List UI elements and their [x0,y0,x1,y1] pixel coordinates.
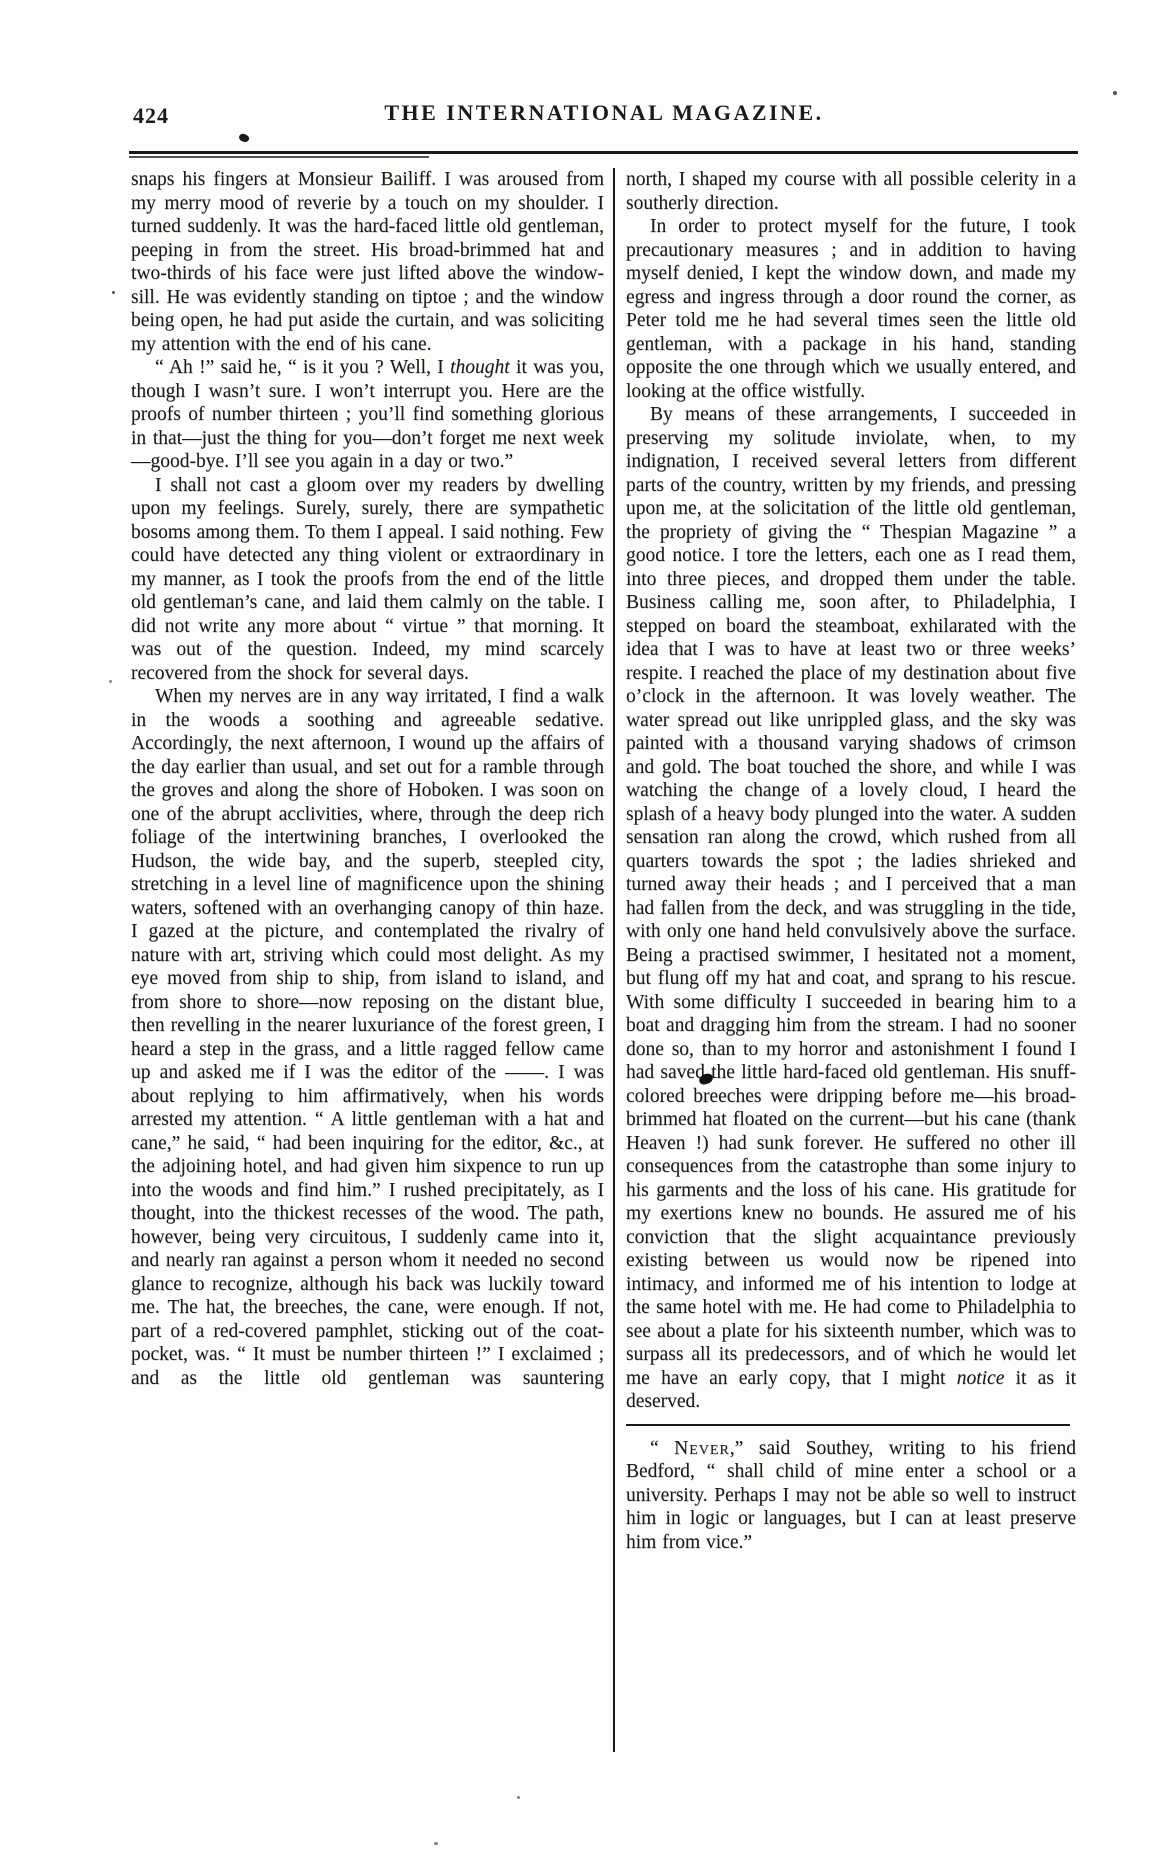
text-run: “ Ah !” said he, “ is it you ? Well, I [155,357,450,378]
text-run: In order to protect myself for the futur… [626,216,1076,402]
page-header: 424 THE INTERNATIONAL MAGAZINE. [131,100,1077,138]
scan-speck [434,1842,438,1845]
paragraph-right-4: “ Never,” said Southey, writing to his f… [626,1437,1076,1555]
scan-speck [1113,91,1117,95]
page-title: THE INTERNATIONAL MAGAZINE. [131,100,1077,126]
text-run: By means of these arrangements, I succee… [626,404,1076,1389]
italic-text: thought [450,357,510,378]
paragraph-right-3: By means of these arrangements, I succee… [626,403,1076,1414]
italic-text: notice [957,1368,1005,1389]
paragraph-left-2: “ Ah !” said he, “ is it you ? Well, I t… [131,356,604,474]
paragraph-right-1: north, I shaped my course with all possi… [626,168,1076,215]
text-run: north, I shaped my course with all possi… [626,169,1076,214]
scan-speck [112,291,115,294]
header-rule [129,151,1078,154]
left-column: snaps his fingers at Monsieur Bailiff. I… [131,168,604,1390]
text-run: snaps his fingers at Monsieur Bailiff. I… [131,169,604,355]
scan-speck [517,1796,520,1799]
text-run: “ [650,1438,674,1459]
paragraph-right-2: In order to protect myself for the futur… [626,215,1076,403]
smallcaps-text: Never [674,1438,730,1459]
paragraph-left-1: snaps his fingers at Monsieur Bailiff. I… [131,168,604,356]
paragraph-left-4: When my nerves are in any way irritated,… [131,685,604,1390]
magazine-page: 424 THE INTERNATIONAL MAGAZINE. snaps hi… [0,0,1176,1850]
column-divider-rule [613,168,615,1752]
right-column: north, I shaped my course with all possi… [626,168,1076,1554]
header-rule-ghost [129,156,429,158]
text-run: When my nerves are in any way irritated,… [131,686,604,1389]
text-run: I shall not cast a gloom over my readers… [131,475,604,684]
paragraph-left-3: I shall not cast a gloom over my readers… [131,474,604,686]
scan-speck [109,680,112,683]
end-of-article-rule [626,1424,1070,1426]
